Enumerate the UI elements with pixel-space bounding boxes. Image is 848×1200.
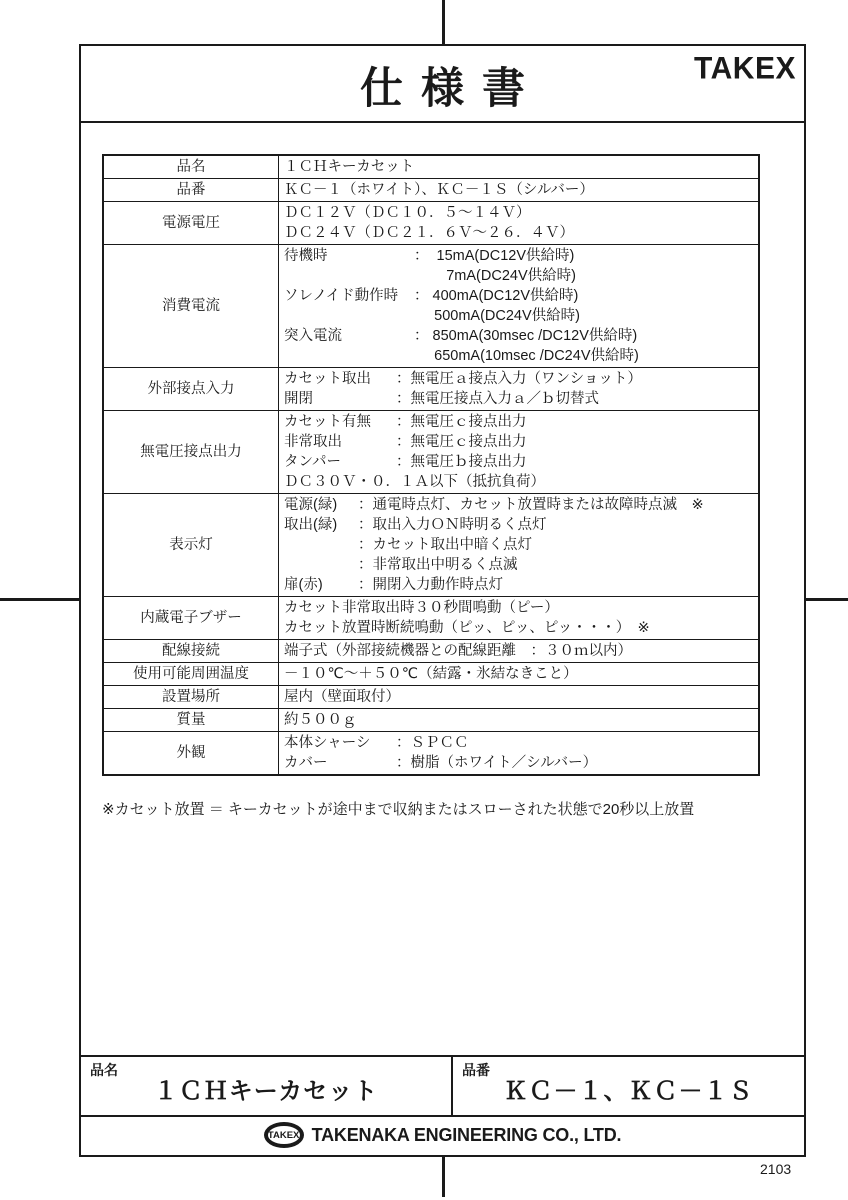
spec-line: 屋内（壁面取付） bbox=[284, 687, 758, 707]
spec-line-value: ：無電圧ａ接点入力（ワンショット） bbox=[396, 369, 642, 389]
spec-line-term bbox=[284, 306, 414, 326]
spec-line-term: 電源(緑) bbox=[284, 495, 358, 515]
spec-line: 電源(緑)：通電時点灯、カセット放置時または故障時点滅 ※ bbox=[284, 495, 758, 515]
spec-line: カセット非常取出時３０秒間鳴動（ピー） bbox=[284, 598, 758, 618]
document-sheet: 仕様書 TAKEX 品名１ＣＨキーカセット品番ＫＣ－１（ホワイト）、ＫＣ－１Ｓ（… bbox=[79, 44, 806, 1157]
spec-line-value: ＤＣ１２Ｖ（ＤＣ１０．５～１４Ｖ） bbox=[284, 203, 531, 223]
spec-row: 無電圧接点出力カセット有無：無電圧ｃ接点出力非常取出：無電圧ｃ接点出力タンパー：… bbox=[104, 410, 758, 493]
takex-oval-logo-label: TAKEX bbox=[268, 1130, 300, 1141]
spec-row-content: 約５００ｇ bbox=[279, 709, 758, 731]
spec-line: 500mA(DC24V供給時) bbox=[284, 306, 758, 326]
spec-line-term: 本体シャーシ bbox=[284, 733, 396, 753]
spec-row-label: 消費電流 bbox=[104, 245, 279, 367]
spec-line-value: 7mA(DC24V供給時) bbox=[414, 266, 576, 286]
spec-row-content: ＤＣ１２Ｖ（ＤＣ１０．５～１４Ｖ）ＤＣ２４Ｖ（ＤＣ２１．６Ｖ～２６．４Ｖ） bbox=[279, 202, 758, 244]
spec-row: 品名１ＣＨキーカセット bbox=[104, 156, 758, 178]
sheet-number: 2103 bbox=[760, 1161, 791, 1177]
spec-line-term bbox=[284, 346, 414, 366]
spec-line-term: カセット有無 bbox=[284, 412, 396, 432]
spec-line-value: ：樹脂（ホワイト／シルバー） bbox=[396, 753, 597, 773]
spec-row-content: カセット有無：無電圧ｃ接点出力非常取出：無電圧ｃ接点出力タンパー：無電圧ｂ接点出… bbox=[279, 411, 758, 493]
spec-line-value: ： 400mA(DC12V供給時) bbox=[414, 286, 578, 306]
spec-line: 扉(赤)：開閉入力動作時点灯 bbox=[284, 575, 758, 595]
spec-line-value: ：開閉入力動作時点灯 bbox=[358, 575, 503, 595]
spec-line-term: タンパー bbox=[284, 452, 396, 472]
spec-row: 設置場所屋内（壁面取付） bbox=[104, 685, 758, 708]
spec-row: 電源電圧ＤＣ１２Ｖ（ＤＣ１０．５～１４Ｖ）ＤＣ２４Ｖ（ＤＣ２１．６Ｖ～２６．４Ｖ… bbox=[104, 201, 758, 244]
spec-line-value: 約５００ｇ bbox=[284, 710, 357, 730]
spec-line: タンパー：無電圧ｂ接点出力 bbox=[284, 452, 758, 472]
spec-line-value: １ＣＨキーカセット bbox=[284, 157, 414, 177]
spec-row-label: 配線接続 bbox=[104, 640, 279, 662]
title-block-row: 品名 １ＣＨキーカセット 品番 ＫＣ－１、ＫＣ－１Ｓ bbox=[81, 1057, 804, 1117]
spec-line-value: 屋内（壁面取付） bbox=[284, 687, 400, 707]
spec-line-term: ソレノイド動作時 bbox=[284, 286, 414, 306]
spec-row-content: １ＣＨキーカセット bbox=[279, 156, 758, 178]
spec-row-label: 無電圧接点出力 bbox=[104, 411, 279, 493]
spec-line-term: 非常取出 bbox=[284, 432, 396, 452]
spec-line-term bbox=[284, 266, 414, 286]
spec-row: 質量約５００ｇ bbox=[104, 708, 758, 731]
title-block: 品名 １ＣＨキーカセット 品番 ＫＣ－１、ＫＣ－１Ｓ TAKEX TAKENAK… bbox=[81, 1055, 804, 1155]
spec-line-value: カセット非常取出時３０秒間鳴動（ピー） bbox=[284, 598, 559, 618]
spec-line-term: 待機時 bbox=[284, 246, 414, 266]
spec-row-content: 本体シャーシ：ＳＰＣＣカバー：樹脂（ホワイト／シルバー） bbox=[279, 732, 758, 774]
spec-row: 品番ＫＣ－１（ホワイト）、ＫＣ－１Ｓ（シルバー） bbox=[104, 178, 758, 201]
spec-row-label: 使用可能周囲温度 bbox=[104, 663, 279, 685]
spec-line-term bbox=[284, 535, 358, 555]
title-bar: 仕様書 TAKEX bbox=[81, 46, 804, 123]
spec-line-term bbox=[284, 555, 358, 575]
spec-row: 配線接続端子式（外部接続機器との配線距離 ：３０ｍ以内） bbox=[104, 639, 758, 662]
spec-line-value: ：無電圧ｃ接点出力 bbox=[396, 432, 527, 452]
spec-line: 本体シャーシ：ＳＰＣＣ bbox=[284, 733, 758, 753]
spec-line-value: 500mA(DC24V供給時) bbox=[414, 306, 580, 326]
spec-line-value: カセット放置時断続鳴動（ピッ、ピッ、ピッ・・・） ※ bbox=[284, 618, 650, 638]
spec-line: ＫＣ－１（ホワイト）、ＫＣ－１Ｓ（シルバー） bbox=[284, 180, 758, 200]
spec-line-value: 650mA(10msec /DC24V供給時) bbox=[414, 346, 639, 366]
spec-line: ：非常取出中明るく点滅 bbox=[284, 555, 758, 575]
spec-line-value: ：非常取出中明るく点滅 bbox=[358, 555, 518, 575]
spec-row: 使用可能周囲温度－１０℃～＋５０℃（結露・氷結なきこと） bbox=[104, 662, 758, 685]
spec-row: 外観本体シャーシ：ＳＰＣＣカバー：樹脂（ホワイト／シルバー） bbox=[104, 731, 758, 774]
spec-table: 品名１ＣＨキーカセット品番ＫＣ－１（ホワイト）、ＫＣ－１Ｓ（シルバー）電源電圧Ｄ… bbox=[102, 154, 760, 776]
spec-row-content: 屋内（壁面取付） bbox=[279, 686, 758, 708]
spec-line-value: ：無電圧接点入力ａ／ｂ切替式 bbox=[396, 389, 599, 409]
company-footer: TAKEX TAKENAKA ENGINEERING CO., LTD. bbox=[81, 1117, 804, 1153]
product-code-cell: 品番 ＫＣ－１、ＫＣ－１Ｓ bbox=[453, 1057, 804, 1115]
spec-line: カセット取出：無電圧ａ接点入力（ワンショット） bbox=[284, 369, 758, 389]
spec-line: 端子式（外部接続機器との配線距離 ：３０ｍ以内） bbox=[284, 641, 758, 661]
takex-oval-logo-icon: TAKEX bbox=[264, 1122, 304, 1148]
spec-line: ＤＣ３０Ｖ・０．１Ａ以下（抵抗負荷） bbox=[284, 472, 758, 492]
register-mark-top bbox=[442, 0, 445, 46]
spec-line-value: ：無電圧ｂ接点出力 bbox=[396, 452, 527, 472]
spec-line: ＤＣ２４Ｖ（ＤＣ２１．６Ｖ～２６．４Ｖ） bbox=[284, 223, 758, 243]
spec-line: ソレノイド動作時： 400mA(DC12V供給時) bbox=[284, 286, 758, 306]
spec-line-value: ：無電圧ｃ接点出力 bbox=[396, 412, 527, 432]
spec-line-value: ： 850mA(30msec /DC12V供給時) bbox=[414, 326, 637, 346]
spec-row-label: 品番 bbox=[104, 179, 279, 201]
spec-line-term: ＤＣ３０Ｖ・０．１Ａ以下（抵抗負荷） bbox=[284, 472, 396, 492]
fold-mark-right bbox=[805, 598, 848, 601]
spec-line-value: ：ＳＰＣＣ bbox=[396, 733, 469, 753]
spec-line: 開閉：無電圧接点入力ａ／ｂ切替式 bbox=[284, 389, 758, 409]
spec-row: 外部接点入力カセット取出：無電圧ａ接点入力（ワンショット）開閉：無電圧接点入力ａ… bbox=[104, 367, 758, 410]
spec-line-term: 開閉 bbox=[284, 389, 396, 409]
spec-row-content: カセット非常取出時３０秒間鳴動（ピー）カセット放置時断続鳴動（ピッ、ピッ、ピッ・… bbox=[279, 597, 758, 639]
spec-line: １ＣＨキーカセット bbox=[284, 157, 758, 177]
spec-line-value: ：通電時点灯、カセット放置時または故障時点滅 ※ bbox=[358, 495, 704, 515]
spec-line: カセット放置時断続鳴動（ピッ、ピッ、ピッ・・・） ※ bbox=[284, 618, 758, 638]
spec-row-content: ＫＣ－１（ホワイト）、ＫＣ－１Ｓ（シルバー） bbox=[279, 179, 758, 201]
spec-row-content: 待機時： 15mA(DC12V供給時) 7mA(DC24V供給時)ソレノイド動作… bbox=[279, 245, 758, 367]
spec-line: 7mA(DC24V供給時) bbox=[284, 266, 758, 286]
spec-line-term: カセット取出 bbox=[284, 369, 396, 389]
spec-row: 内蔵電子ブザーカセット非常取出時３０秒間鳴動（ピー）カセット放置時断続鳴動（ピッ… bbox=[104, 596, 758, 639]
spec-line: カセット有無：無電圧ｃ接点出力 bbox=[284, 412, 758, 432]
footnote: ※カセット放置 ＝ キーカセットが途中まで収納またはスローされた状態で20秒以上… bbox=[102, 798, 694, 819]
spec-line-value: ： 15mA(DC12V供給時) bbox=[414, 246, 574, 266]
spec-row-content: －１０℃～＋５０℃（結露・氷結なきこと） bbox=[279, 663, 758, 685]
spec-line: 待機時： 15mA(DC12V供給時) bbox=[284, 246, 758, 266]
spec-line-term: 取出(緑) bbox=[284, 515, 358, 535]
spec-line-value: －１０℃～＋５０℃（結露・氷結なきこと） bbox=[284, 664, 578, 684]
spec-row-label: 表示灯 bbox=[104, 494, 279, 596]
spec-row-content: 電源(緑)：通電時点灯、カセット放置時または故障時点滅 ※取出(緑)：取出入力Ｏ… bbox=[279, 494, 758, 596]
spec-row-label: 質量 bbox=[104, 709, 279, 731]
spec-line: 約５００ｇ bbox=[284, 710, 758, 730]
spec-row-content: 端子式（外部接続機器との配線距離 ：３０ｍ以内） bbox=[279, 640, 758, 662]
product-name-cell: 品名 １ＣＨキーカセット bbox=[81, 1057, 453, 1115]
spec-line: カバー：樹脂（ホワイト／シルバー） bbox=[284, 753, 758, 773]
company-name: TAKENAKA ENGINEERING CO., LTD. bbox=[312, 1125, 622, 1146]
spec-row-label: 内蔵電子ブザー bbox=[104, 597, 279, 639]
register-mark-bottom bbox=[442, 1155, 445, 1197]
spec-row-label: 外観 bbox=[104, 732, 279, 774]
spec-line-value: ＤＣ２４Ｖ（ＤＣ２１．６Ｖ～２６．４Ｖ） bbox=[284, 223, 574, 243]
spec-line-value: ：取出入力ＯＮ時明るく点灯 bbox=[358, 515, 547, 535]
spec-row: 表示灯電源(緑)：通電時点灯、カセット放置時または故障時点滅 ※取出(緑)：取出… bbox=[104, 493, 758, 596]
spec-line-term: 突入電流 bbox=[284, 326, 414, 346]
spec-line-term: 扉(赤) bbox=[284, 575, 358, 595]
spec-line: ：カセット取出中暗く点灯 bbox=[284, 535, 758, 555]
spec-row-label: 外部接点入力 bbox=[104, 368, 279, 410]
spec-row-label: 電源電圧 bbox=[104, 202, 279, 244]
spec-line-value: ＫＣ－１（ホワイト）、ＫＣ－１Ｓ（シルバー） bbox=[284, 180, 594, 200]
spec-line: 取出(緑)：取出入力ＯＮ時明るく点灯 bbox=[284, 515, 758, 535]
spec-line: 650mA(10msec /DC24V供給時) bbox=[284, 346, 758, 366]
spec-line: ＤＣ１２Ｖ（ＤＣ１０．５～１４Ｖ） bbox=[284, 203, 758, 223]
takex-logo-text: TAKEX bbox=[694, 51, 796, 87]
spec-line: －１０℃～＋５０℃（結露・氷結なきこと） bbox=[284, 664, 758, 684]
spec-row: 消費電流待機時： 15mA(DC12V供給時) 7mA(DC24V供給時)ソレノ… bbox=[104, 244, 758, 367]
product-code-value: ＫＣ－１、ＫＣ－１Ｓ bbox=[453, 1071, 804, 1106]
spec-line-term: カバー bbox=[284, 753, 396, 773]
product-name-value: １ＣＨキーカセット bbox=[81, 1071, 451, 1106]
spec-line: 非常取出：無電圧ｃ接点出力 bbox=[284, 432, 758, 452]
spec-row-content: カセット取出：無電圧ａ接点入力（ワンショット）開閉：無電圧接点入力ａ／ｂ切替式 bbox=[279, 368, 758, 410]
spec-row-label: 品名 bbox=[104, 156, 279, 178]
page: { "header": { "title": "仕様書", "brand": "… bbox=[0, 0, 848, 1200]
spec-line-value: 端子式（外部接続機器との配線距離 ：３０ｍ以内） bbox=[284, 641, 632, 661]
spec-row-label: 設置場所 bbox=[104, 686, 279, 708]
spec-line-value: ：カセット取出中暗く点灯 bbox=[358, 535, 532, 555]
spec-line: 突入電流： 850mA(30msec /DC12V供給時) bbox=[284, 326, 758, 346]
